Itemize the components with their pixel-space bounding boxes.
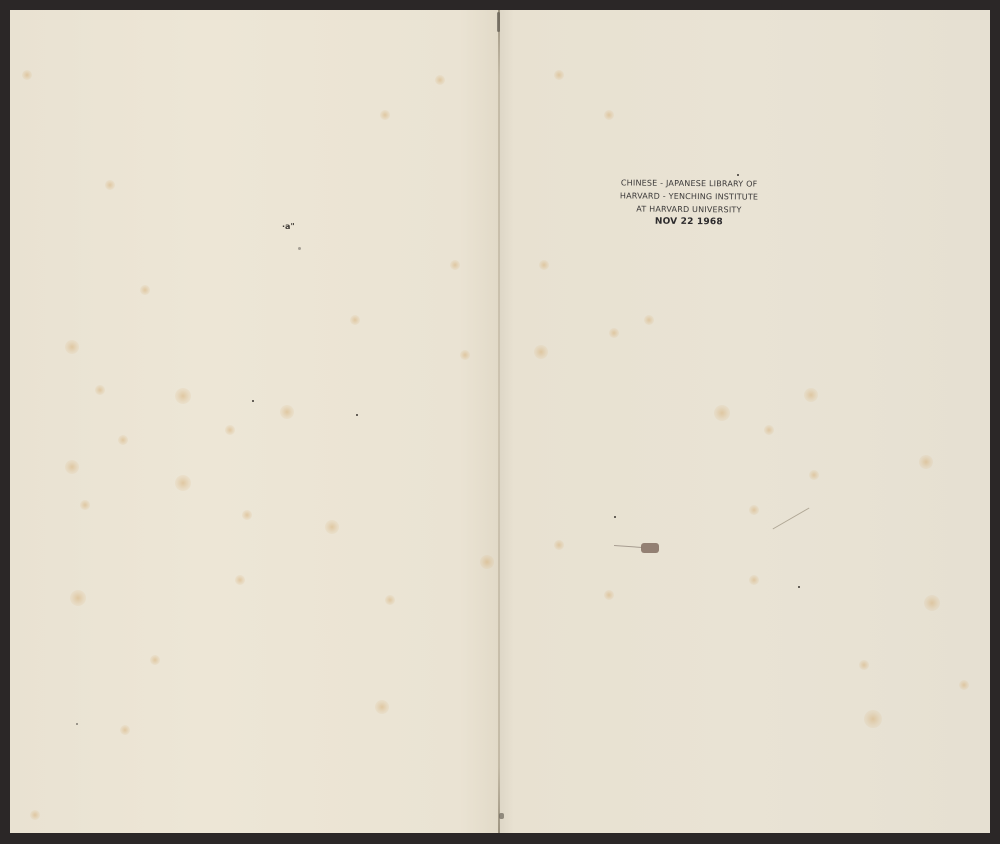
book-spread (10, 10, 990, 833)
library-stamp: CHINESE - JAPANESE LIBRARY OF HARVARD - … (614, 176, 764, 229)
stamp-line-1: CHINESE - JAPANESE LIBRARY OF (614, 176, 764, 190)
stamp-date: NOV 22 1968 (614, 215, 764, 229)
paper-debris (641, 543, 659, 553)
stamp-line-3: AT HARVARD UNIVERSITY (614, 202, 764, 216)
scan-viewport: ·a" CHINESE - JAPANESE LIBRARY OF HARVAR… (0, 0, 1000, 844)
book-spine (498, 10, 500, 833)
stamp-line-2: HARVARD - YENCHING INSTITUTE (614, 189, 764, 203)
spine-tear-top (497, 12, 500, 32)
left-page (10, 10, 499, 833)
spine-tear-bottom (499, 813, 504, 819)
right-page (499, 10, 990, 833)
left-page-ink-mark: ·a" (282, 222, 295, 231)
